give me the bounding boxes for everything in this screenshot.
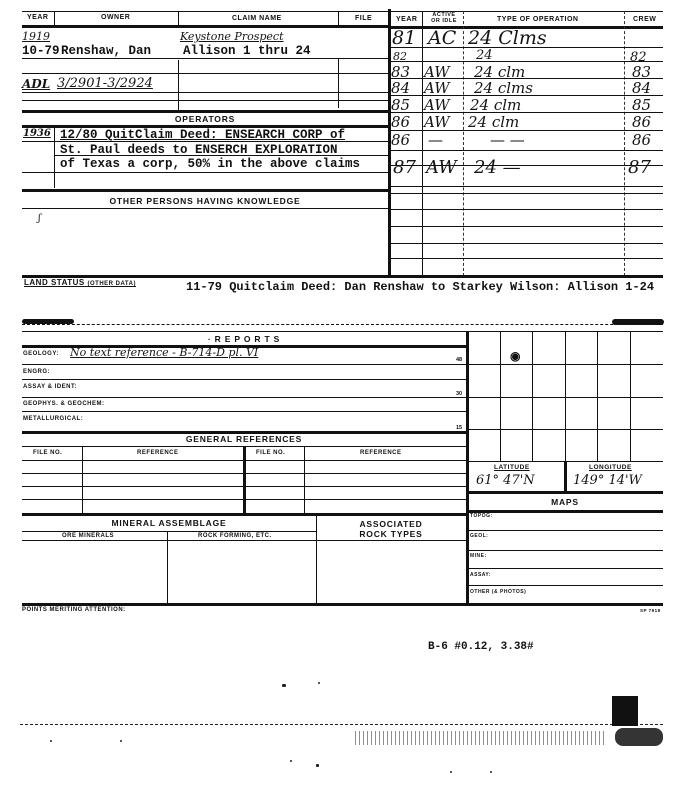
maps-topog-label: TOPOG: bbox=[470, 513, 493, 519]
land-status-label: LAND STATUS (OTHER DATA) bbox=[24, 278, 136, 287]
rock-forming-header: ROCK FORMING, ETC. bbox=[198, 533, 272, 539]
claim-owner-4: 3/2901-3/2924 bbox=[57, 76, 153, 91]
activity-status: AC bbox=[428, 27, 456, 49]
activity-header-active: ACTIVE OR IDLE bbox=[428, 12, 460, 24]
activity-status: AW bbox=[424, 113, 450, 131]
operator-year: 1936 bbox=[23, 128, 51, 139]
land-status-title: LAND STATUS bbox=[24, 278, 85, 287]
claim-year-4: ADL bbox=[22, 77, 50, 91]
activity-status: AW bbox=[424, 79, 450, 97]
report-label: ENGRG: bbox=[23, 369, 50, 375]
report-label: ASSAY & IDENT: bbox=[23, 384, 77, 390]
activity-crew: 84 bbox=[632, 79, 651, 97]
activity-type: 24 clm bbox=[470, 96, 521, 114]
ore-minerals-header: ORE MINERALS bbox=[62, 533, 114, 539]
report-label: GEOLOGY: bbox=[23, 351, 59, 357]
activity-crew: 86 bbox=[632, 131, 651, 149]
operator-line-3: of Texas a corp, 50% in the above claims bbox=[60, 157, 360, 171]
maps-geol-label: GEOL: bbox=[470, 533, 488, 539]
operator-line-1: 12/80 QuitClaim Deed: ENSEARCH CORP of bbox=[60, 128, 345, 142]
activity-year: 87 bbox=[393, 157, 416, 178]
activity-header-year: YEAR bbox=[396, 16, 417, 23]
activity-year: 81 bbox=[392, 27, 416, 49]
latitude-label: LATITUDE bbox=[494, 464, 530, 471]
land-status-sublabel: (OTHER DATA) bbox=[88, 281, 136, 287]
maps-assay-label: ASSAY: bbox=[470, 572, 491, 578]
activity-type: 24 clms bbox=[474, 79, 533, 97]
activity-year: 82 bbox=[393, 50, 407, 63]
report-value: No text reference - B-714-D pl. VI bbox=[70, 346, 258, 359]
header-year: YEAR bbox=[27, 14, 48, 21]
ref-header-file-no-2: FILE NO. bbox=[256, 450, 285, 456]
associated-label: ASSOCIATED bbox=[316, 519, 466, 529]
claim-name-1: Keystone Prospect bbox=[180, 30, 284, 43]
claim-year-2: 10-79 bbox=[22, 44, 60, 58]
activity-year: 86 bbox=[391, 131, 410, 149]
activity-status: AW bbox=[426, 157, 457, 178]
activity-crew: 87 bbox=[628, 157, 651, 178]
activity-status: AW bbox=[424, 96, 450, 114]
form-number: SP 7918 bbox=[640, 608, 661, 613]
longitude-value: 149° 14'W bbox=[573, 473, 642, 488]
maps-other-label: OTHER (& PHOTOS) bbox=[470, 589, 526, 595]
pencil-mark: ʃ bbox=[38, 213, 41, 224]
activity-header-crew: CREW bbox=[633, 16, 656, 23]
footer-note: B-6 #0.12, 3.38# bbox=[428, 641, 534, 653]
activity-header-type: TYPE OF OPERATION bbox=[497, 16, 579, 23]
mineral-assemblage-title: MINERAL ASSEMBLAGE bbox=[22, 518, 316, 528]
general-references-title: GENERAL REFERENCES bbox=[22, 434, 466, 444]
activity-year: 85 bbox=[391, 96, 410, 114]
claim-name-2: Allison 1 thru 24 bbox=[183, 44, 311, 58]
activity-year: 86 bbox=[391, 113, 410, 131]
activity-type: 24 clm bbox=[468, 113, 519, 131]
header-owner: OWNER bbox=[101, 14, 130, 21]
activity-type: 24 Clms bbox=[468, 27, 547, 49]
reports-title: · R E P O R T S bbox=[22, 334, 466, 344]
activity-type: — — bbox=[490, 131, 525, 149]
rock-types-label: ROCK TYPES bbox=[316, 529, 466, 539]
activity-type: 24 bbox=[476, 48, 493, 63]
report-label: METALLURGICAL: bbox=[23, 416, 83, 422]
longitude-label: LONGITUDE bbox=[589, 464, 632, 471]
claim-owner-2: Renshaw, Dan bbox=[61, 44, 151, 58]
activity-year: 84 bbox=[391, 79, 410, 97]
points-meriting-label: POINTS MERITING ATTENTION: bbox=[22, 607, 126, 613]
maps-mine-label: MINE: bbox=[470, 553, 487, 559]
header-file: FILE bbox=[355, 15, 372, 22]
other-persons-title: OTHER PERSONS HAVING KNOWLEDGE bbox=[22, 196, 388, 206]
activity-crew: 85 bbox=[632, 96, 651, 114]
maps-title: MAPS bbox=[467, 497, 663, 507]
activity-status: — bbox=[428, 131, 443, 149]
header-claim-name: CLAIM NAME bbox=[232, 15, 282, 22]
report-number: 48 bbox=[456, 357, 462, 363]
ref-header-reference-2: REFERENCE bbox=[360, 450, 402, 456]
report-label: GEOPHYS. & GEOCHEM: bbox=[23, 401, 105, 407]
land-status-text: 11-79 Quitclaim Deed: Dan Renshaw to Sta… bbox=[186, 280, 654, 294]
claim-year-1: 1919 bbox=[22, 30, 50, 43]
operators-title: OPERATORS bbox=[22, 114, 388, 124]
activity-type: 24 — bbox=[474, 157, 521, 178]
activity-crew: 86 bbox=[632, 113, 651, 131]
latitude-value: 61° 47'N bbox=[476, 473, 535, 488]
location-marker-icon: ◉ bbox=[510, 349, 520, 363]
ref-header-reference-1: REFERENCE bbox=[137, 450, 179, 456]
ref-header-file-no-1: FILE NO. bbox=[33, 450, 62, 456]
